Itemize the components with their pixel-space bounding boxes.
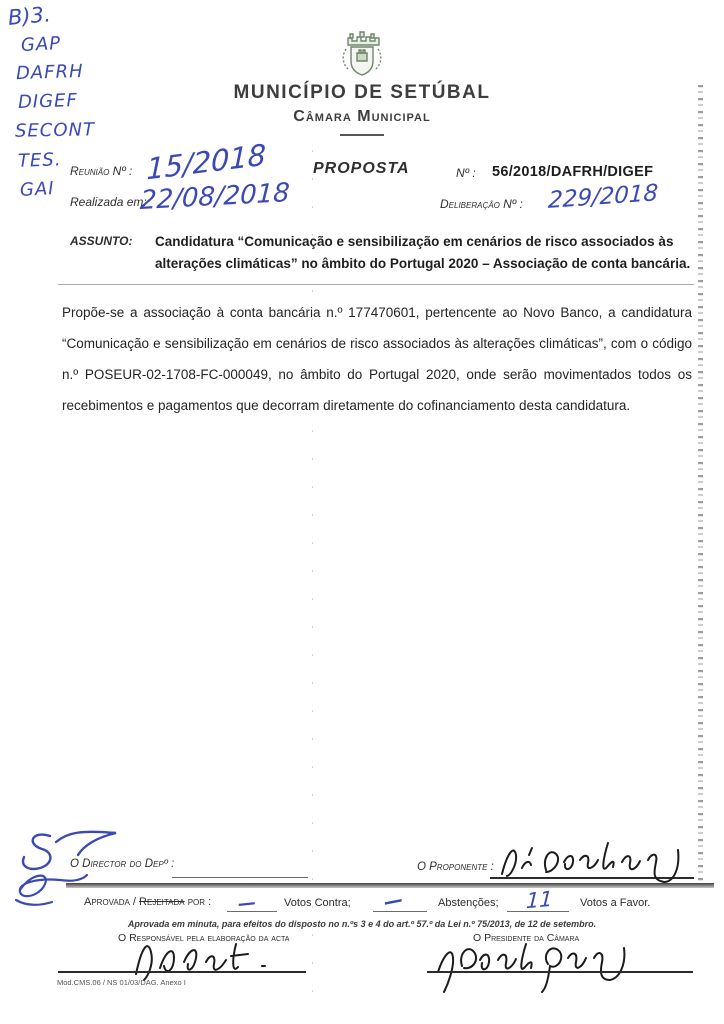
- abstencoes-label: Abstenções;: [438, 897, 499, 909]
- assunto-label: ASSUNTO:: [70, 234, 132, 248]
- form-reference-code: Mod.CMS.06 / NS 01/03/DAG. Anexo I: [57, 978, 186, 987]
- header-divider: [340, 134, 384, 136]
- minuta-footnote: Aprovada em minuta, para efeitos do disp…: [0, 919, 724, 929]
- assunto-text-line2: alterações climáticas” no âmbito do Port…: [155, 253, 690, 275]
- votos-favor-label: Votos a Favor.: [580, 897, 650, 909]
- realizada-handwritten-value: 22/08/2018: [139, 180, 290, 214]
- votos-favor-handwritten-value: 11: [525, 889, 553, 913]
- scanned-proposal-document: B)3. GAP DAFRH DIGEF SECONT TES. GAI MUN…: [0, 0, 724, 1024]
- proposta-title: PROPOSTA: [313, 160, 410, 178]
- director-signature-line: [172, 876, 308, 878]
- page-fold-crease: [312, 150, 313, 1000]
- presidente-signature-line: [427, 971, 693, 973]
- municipality-subtitle: Câmara Municipal: [0, 108, 724, 126]
- numero-value: 56/2018/DAFRH/DIGEF: [492, 164, 653, 180]
- responsavel-signature-line: [58, 971, 306, 973]
- reuniao-handwritten-value: 15/2018: [146, 141, 266, 185]
- rejeitada-text-struck: Rejeitada: [139, 896, 185, 908]
- handwritten-note-item: GAI: [20, 180, 55, 200]
- reuniao-label: Reunião Nº :: [70, 164, 132, 178]
- votos-contra-label: Votos Contra;: [284, 897, 351, 909]
- approval-label: Aprovada / Rejeitada por :: [84, 896, 211, 908]
- municipality-title: MUNICÍPIO DE SETÚBAL: [0, 82, 724, 104]
- numero-label: Nº :: [456, 166, 476, 180]
- deliberacao-label: Deliberação Nº :: [440, 197, 523, 211]
- assunto-text-line1: Candidatura “Comunicação e sensibilizaçã…: [155, 231, 673, 253]
- handwritten-note-heading: B)3.: [7, 4, 51, 29]
- votos-contra-handwritten-mark: —: [237, 894, 257, 914]
- handwritten-note-item: TES.: [18, 151, 62, 171]
- scanner-edge-noise: [698, 85, 703, 885]
- por-text: por :: [188, 896, 211, 908]
- realizada-label: Realizada em:: [70, 195, 147, 209]
- proponente-signature: [494, 832, 702, 888]
- proponente-label: O Proponente :: [417, 861, 494, 873]
- responsavel-signature: [128, 936, 280, 980]
- proposal-body-paragraph: Propõe-se a associação à conta bancária …: [62, 297, 692, 421]
- presidente-signature: [428, 936, 650, 994]
- handwritten-note-item: GAP: [21, 35, 62, 55]
- assunto-separator-line: [58, 284, 694, 285]
- handwritten-note-item: DAFRH: [16, 63, 84, 83]
- aprovada-text: Aprovada /: [84, 896, 136, 908]
- setubal-coat-of-arms-icon: [338, 31, 386, 83]
- abstencoes-handwritten-mark: —: [382, 890, 404, 912]
- director-label: O Director do Depº :: [70, 858, 174, 870]
- deliberacao-handwritten-value: 229/2018: [548, 182, 659, 213]
- approval-separator-rule: [66, 883, 714, 888]
